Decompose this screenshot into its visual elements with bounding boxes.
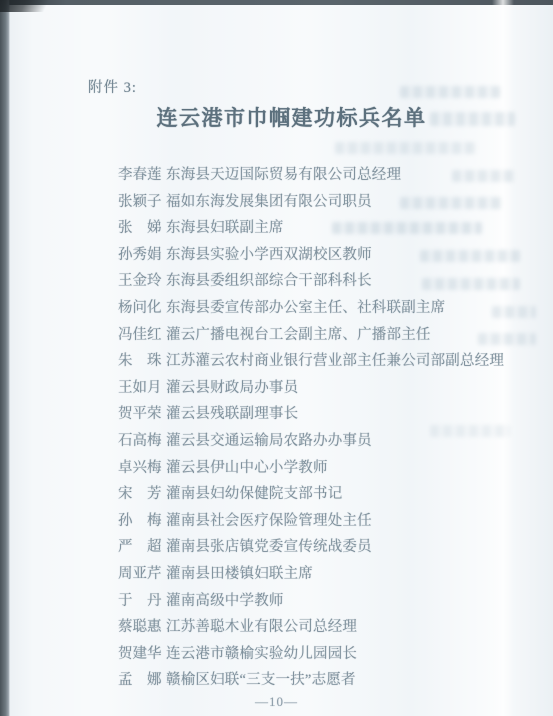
honoree-name: 贺平荣 bbox=[118, 402, 166, 423]
honoree-position: 灌南县社会医疗保险管理处主任 bbox=[166, 509, 372, 530]
honoree-name: 王如月 bbox=[118, 376, 166, 397]
honoree-position: 灌云县残联副理事长 bbox=[166, 402, 298, 423]
honoree-name: 李春莲 bbox=[118, 163, 166, 184]
list-item: 杨问化 东海县委宣传部办公室主任、社科联副主席 bbox=[118, 296, 528, 323]
list-item: 孙 梅 灌南县社会医疗保险管理处主任 bbox=[118, 509, 528, 536]
bleedthrough-artifact bbox=[335, 142, 477, 154]
list-item: 冯佳红 灌云广播电视台工会副主席、广播部主任 bbox=[118, 323, 528, 350]
honoree-position: 灌云县交通运输局农路办办事员 bbox=[166, 429, 372, 450]
list-item: 石高梅 灌云县交通运输局农路办办事员 bbox=[118, 429, 528, 456]
honoree-position: 福如东海发展集团有限公司职员 bbox=[166, 190, 372, 211]
list-item: 王如月 灌云县财政局办事员 bbox=[118, 376, 528, 403]
honoree-name: 于 丹 bbox=[118, 589, 166, 610]
list-item: 朱 珠 江苏灌云农村商业银行营业部主任兼公司部副总经理 bbox=[118, 349, 528, 376]
list-item: 张颖子 福如东海发展集团有限公司职员 bbox=[118, 190, 528, 217]
honoree-position: 东海县妇联副主席 bbox=[166, 216, 284, 237]
honoree-position: 灌南县妇幼保健院支部书记 bbox=[166, 482, 342, 503]
honoree-name: 冯佳红 bbox=[118, 323, 166, 344]
honoree-position: 东海县委组织部综合干部科科长 bbox=[166, 269, 372, 290]
honoree-position: 江苏善聪木业有限公司总经理 bbox=[166, 615, 357, 636]
honoree-name: 杨问化 bbox=[118, 296, 166, 317]
list-item: 孟 娜 赣榆区妇联“三支一扶”志愿者 bbox=[118, 668, 528, 695]
list-item: 宋 芳 灌南县妇幼保健院支部书记 bbox=[118, 482, 528, 509]
list-item: 于 丹 灌南高级中学教师 bbox=[118, 589, 528, 616]
honoree-position: 东海县委宣传部办公室主任、社科联副主席 bbox=[166, 296, 445, 317]
list-item: 王金玲 东海县委组织部综合干部科科长 bbox=[118, 269, 528, 296]
honoree-position: 江苏灌云农村商业银行营业部主任兼公司部副总经理 bbox=[166, 349, 504, 370]
scanned-page: 附件 3: 连云港市巾帼建功标兵名单 李春莲 东海县天迈国际贸易有限公司总经理 … bbox=[0, 0, 553, 716]
honoree-name: 王金玲 bbox=[118, 269, 166, 290]
honoree-position: 东海县实验小学西双湖校区教师 bbox=[166, 243, 372, 264]
scan-edge-top bbox=[0, 0, 553, 5]
honoree-name: 蔡聪惠 bbox=[118, 615, 166, 636]
page-number: —10— bbox=[0, 694, 553, 710]
list-item: 蔡聪惠 江苏善聪木业有限公司总经理 bbox=[118, 615, 528, 642]
honoree-position: 赣榆区妇联“三支一扶”志愿者 bbox=[166, 668, 356, 689]
honoree-position: 灌南县张店镇党委宣传统战委员 bbox=[166, 535, 372, 556]
honoree-position: 灌云县伊山中心小学教师 bbox=[166, 456, 328, 477]
honoree-name: 孙秀娟 bbox=[118, 243, 166, 264]
honoree-position: 灌云县财政局办事员 bbox=[166, 376, 298, 397]
honoree-position: 连云港市赣榆实验幼儿园园长 bbox=[166, 642, 357, 663]
honoree-position: 灌云广播电视台工会副主席、广播部主任 bbox=[166, 323, 431, 344]
list-item: 张 娣 东海县妇联副主席 bbox=[118, 216, 528, 243]
list-item: 周亚芹 灌南县田楼镇妇联主席 bbox=[118, 562, 528, 589]
honoree-name: 石高梅 bbox=[118, 429, 166, 450]
honoree-name: 孟 娜 bbox=[118, 668, 166, 689]
honoree-name: 孙 梅 bbox=[118, 509, 166, 530]
list-item: 严 超 灌南县张店镇党委宣传统战委员 bbox=[118, 535, 528, 562]
list-item: 孙秀娟 东海县实验小学西双湖校区教师 bbox=[118, 243, 528, 270]
honoree-list: 李春莲 东海县天迈国际贸易有限公司总经理 张颖子 福如东海发展集团有限公司职员 … bbox=[118, 163, 528, 695]
document-title: 连云港市巾帼建功标兵名单 bbox=[30, 102, 553, 132]
list-item: 贺平荣 灌云县残联副理事长 bbox=[118, 402, 528, 429]
honoree-name: 贺建华 bbox=[118, 642, 166, 663]
honoree-name: 卓兴梅 bbox=[118, 456, 166, 477]
attachment-label: 附件 3: bbox=[88, 76, 137, 97]
honoree-name: 张颖子 bbox=[118, 190, 166, 211]
honoree-name: 朱 珠 bbox=[118, 349, 166, 370]
honoree-name: 周亚芹 bbox=[118, 562, 166, 583]
honoree-name: 宋 芳 bbox=[118, 482, 166, 503]
honoree-name: 严 超 bbox=[118, 535, 166, 556]
bleedthrough-artifact bbox=[400, 86, 500, 98]
list-item: 李春莲 东海县天迈国际贸易有限公司总经理 bbox=[118, 163, 528, 190]
honoree-position: 东海县天迈国际贸易有限公司总经理 bbox=[166, 163, 401, 184]
honoree-position: 灌南县田楼镇妇联主席 bbox=[166, 562, 313, 583]
list-item: 贺建华 连云港市赣榆实验幼儿园园长 bbox=[118, 642, 528, 669]
honoree-name: 张 娣 bbox=[118, 216, 166, 237]
scan-corner-shadow bbox=[0, 0, 60, 12]
scan-edge-left bbox=[0, 0, 10, 716]
list-item: 卓兴梅 灌云县伊山中心小学教师 bbox=[118, 456, 528, 483]
honoree-position: 灌南高级中学教师 bbox=[166, 589, 284, 610]
